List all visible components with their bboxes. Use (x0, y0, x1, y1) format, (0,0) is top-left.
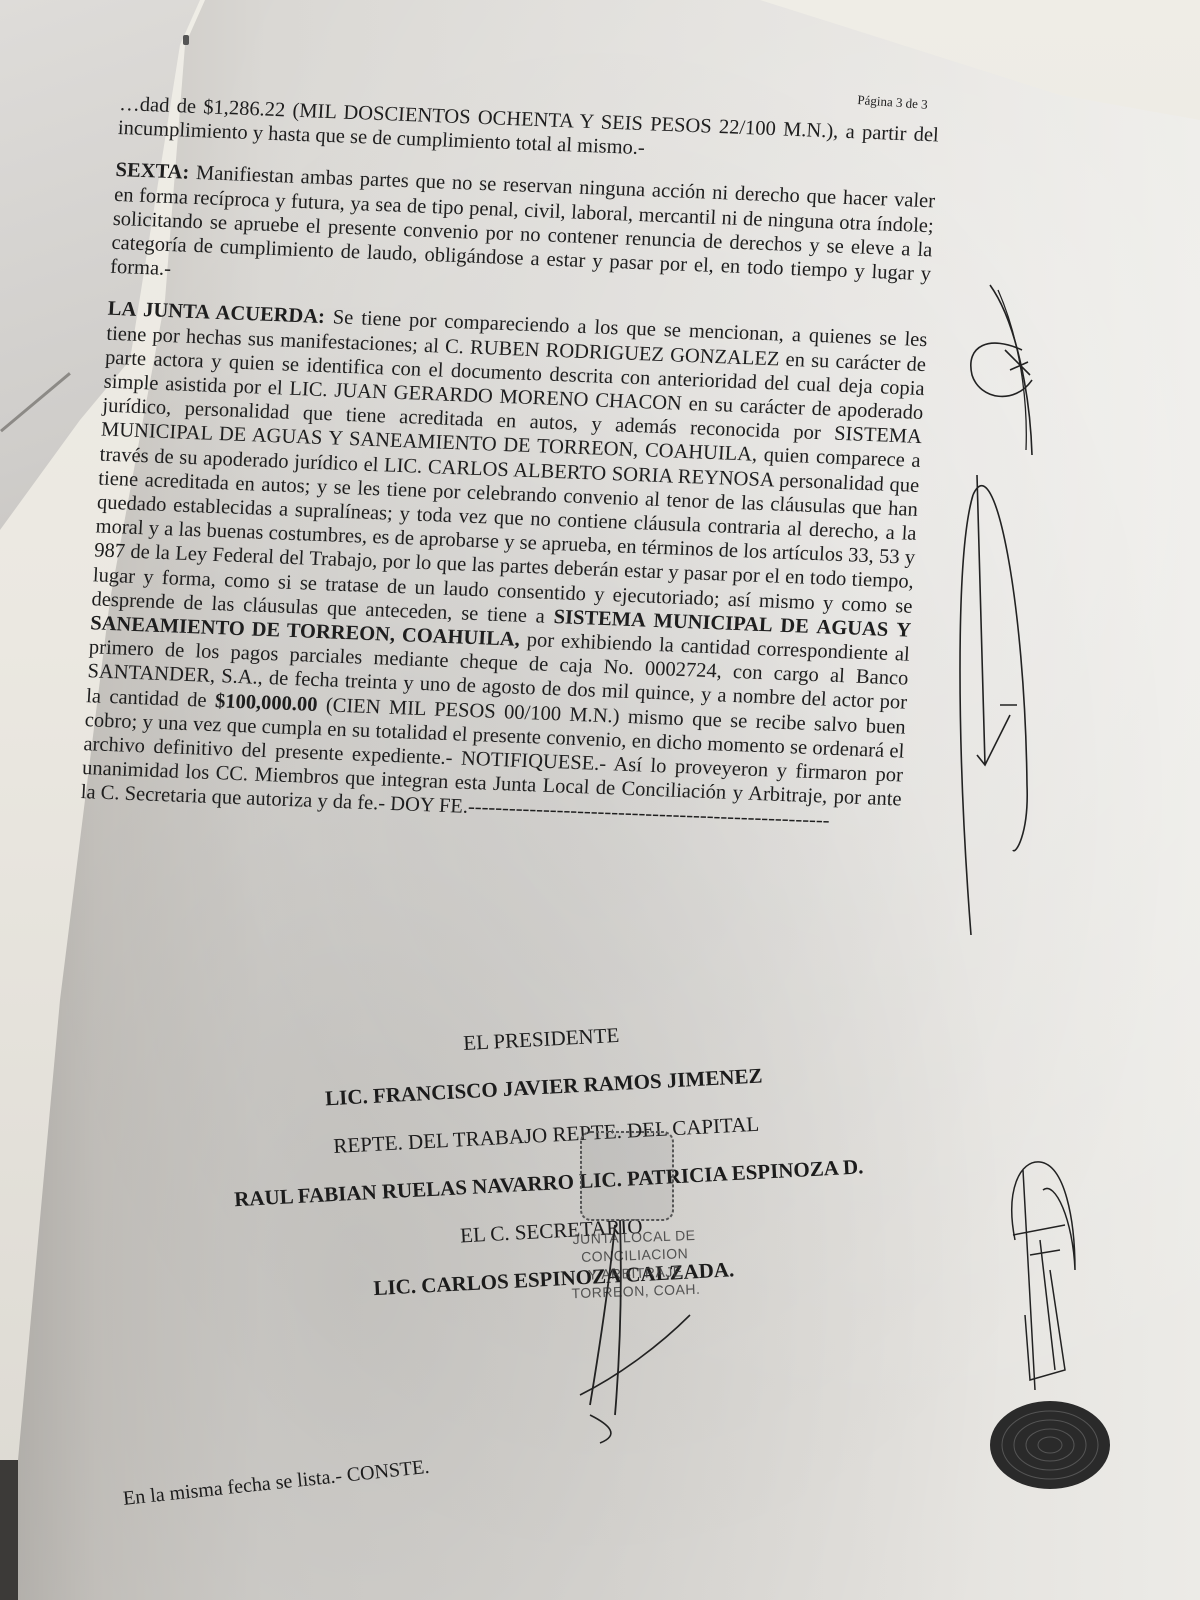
signature-block: EL PRESIDENTE LIC. FRANCISCO JAVIER RAMO… (161, 995, 935, 1322)
payment-amount: $100,000.00 (214, 690, 318, 716)
document-body: …dad de $1,286.22 (MIL DOSCIENTOS OCHENT… (79, 92, 939, 854)
clause-heading: SEXTA: (115, 159, 190, 184)
staple (183, 35, 189, 45)
dark-corner (0, 1460, 18, 1600)
paragraph-junta-acuerda: LA JUNTA ACUERDA: Se tiene por compareci… (80, 297, 928, 836)
official-stamp: JUNTA LOCAL DE CONCILIACION Y ARBITRAJE … (559, 1225, 711, 1302)
paragraph-sexta: SEXTA: Manifiestan ambas partes que no s… (110, 158, 936, 310)
